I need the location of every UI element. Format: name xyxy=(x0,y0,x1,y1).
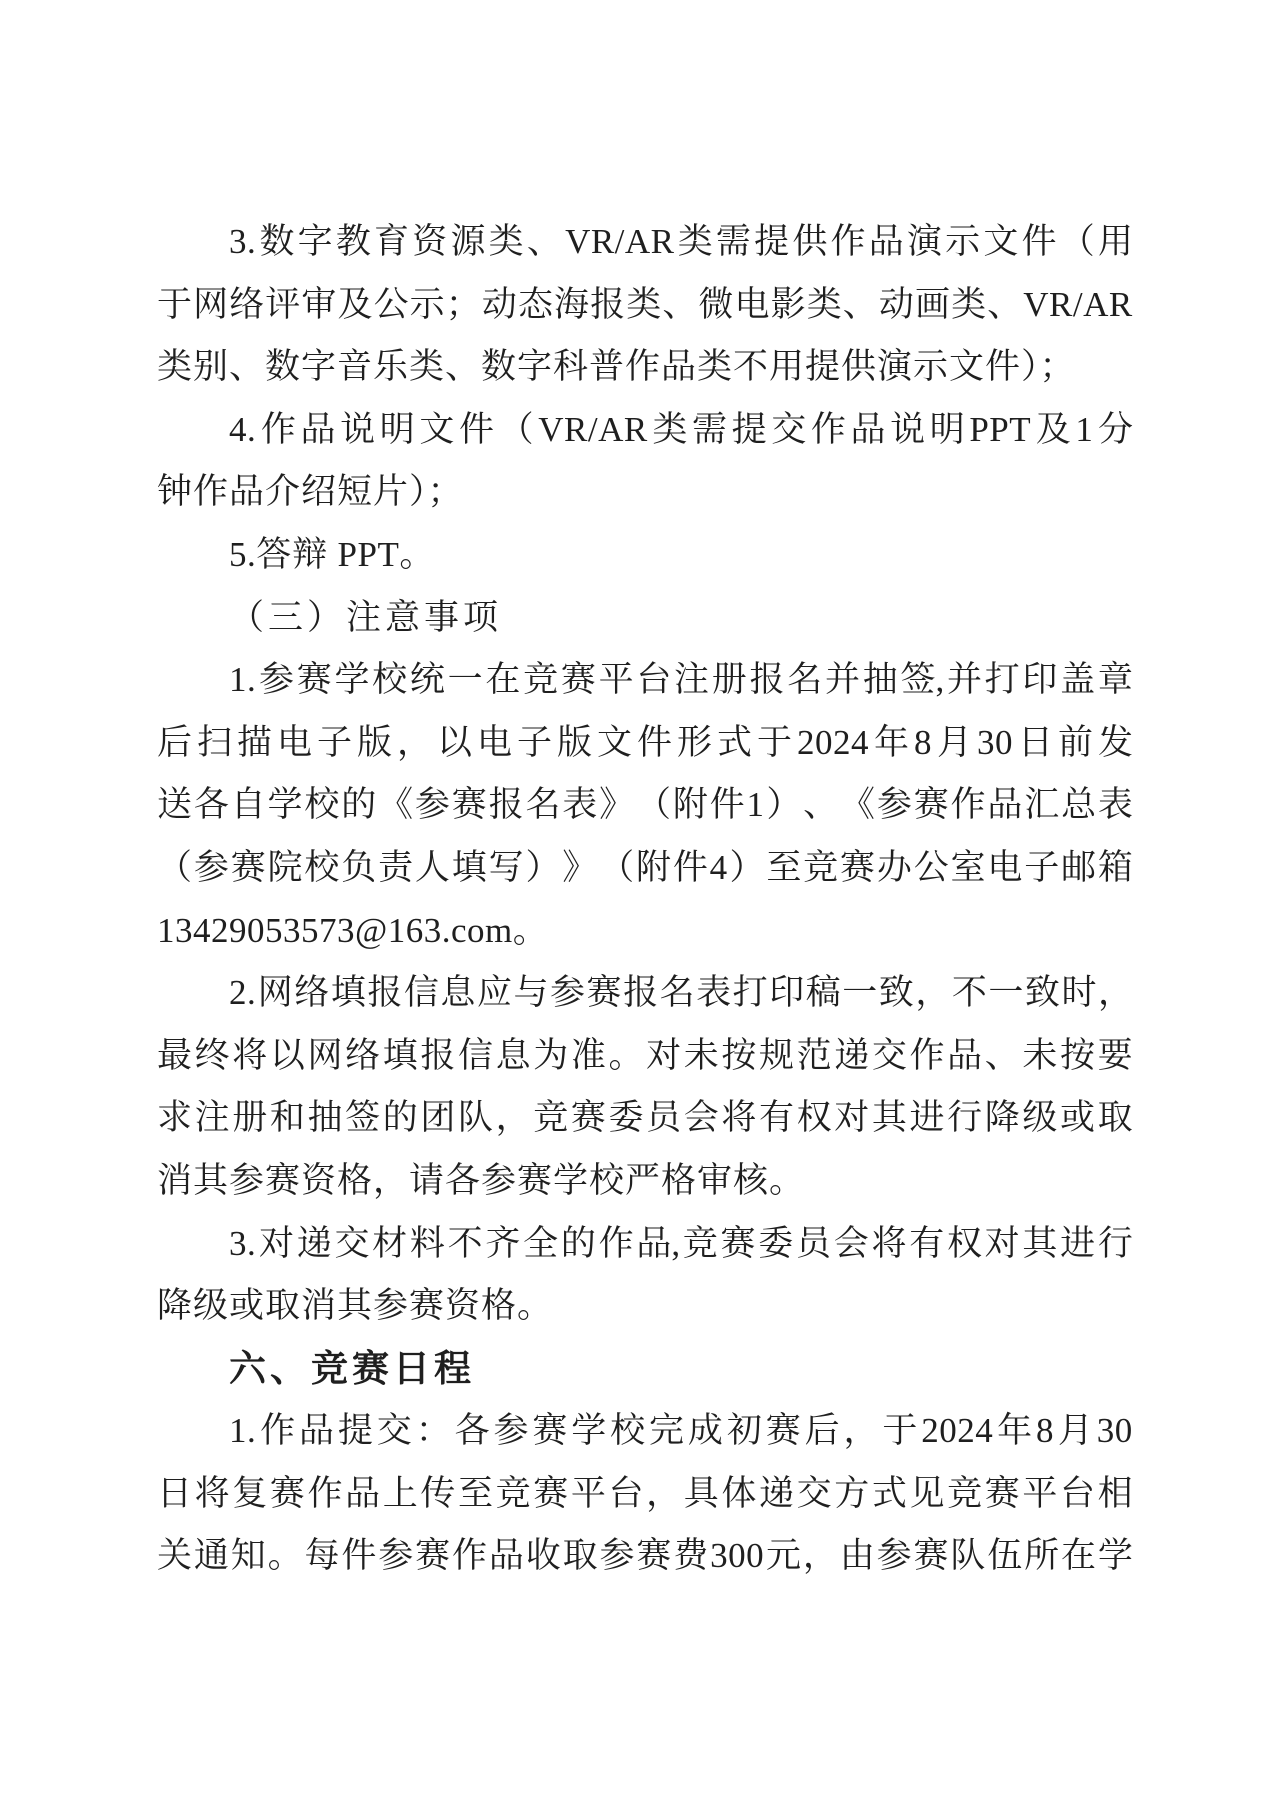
text-line: 消其参赛资格，请各参赛学校严格审核。 xyxy=(157,1150,1133,1213)
text-line: 求注册和抽签的团队，竞赛委员会将有权对其进行降级或取 xyxy=(157,1087,1133,1150)
document-page: 3.数字教育资源类、VR/AR类需提供作品演示文件（用于网络评审及公示；动态海报… xyxy=(0,0,1280,1810)
text-line: 后扫描电子版，以电子版文件形式于2024年8月30日前发 xyxy=(157,712,1133,775)
text-line: 13429053573@163.com。 xyxy=(157,900,1133,963)
text-line: 2.网络填报信息应与参赛报名表打印稿一致，不一致时， xyxy=(157,962,1133,1025)
text-line: 降级或取消其参赛资格。 xyxy=(157,1275,1133,1338)
text-line: 于网络评审及公示；动态海报类、微电影类、动画类、VR/AR xyxy=(157,274,1133,337)
text-line: 4.作品说明文件（VR/AR类需提交作品说明PPT及1分 xyxy=(157,399,1133,462)
text-line: 最终将以网络填报信息为准。对未按规范递交作品、未按要 xyxy=(157,1025,1133,1088)
text-line: 1.参赛学校统一在竞赛平台注册报名并抽签,并打印盖章 xyxy=(157,649,1133,712)
text-line: 类别、数字音乐类、数字科普作品类不用提供演示文件）； xyxy=(157,336,1133,399)
section-heading: 六、竞赛日程 xyxy=(157,1338,1133,1401)
text-line: 关通知。每件参赛作品收取参赛费300元，由参赛队伍所在学 xyxy=(157,1525,1133,1588)
text-line: 送各自学校的《参赛报名表》（附件1）、《参赛作品汇总表 xyxy=(157,774,1133,837)
subsection-heading: （三）注意事项 xyxy=(157,587,1133,650)
text-line: 1.作品提交：各参赛学校完成初赛后，于2024年8月30 xyxy=(157,1400,1133,1463)
text-line: 钟作品介绍短片）； xyxy=(157,461,1133,524)
text-line: 3.数字教育资源类、VR/AR类需提供作品演示文件（用 xyxy=(157,211,1133,274)
document-body: 3.数字教育资源类、VR/AR类需提供作品演示文件（用于网络评审及公示；动态海报… xyxy=(157,211,1133,1588)
text-line: （参赛院校负责人填写）》（附件4）至竞赛办公室电子邮箱 xyxy=(157,837,1133,900)
text-line: 日将复赛作品上传至竞赛平台，具体递交方式见竞赛平台相 xyxy=(157,1463,1133,1526)
text-line: 5.答辩 PPT。 xyxy=(157,524,1133,587)
text-line: 3.对递交材料不齐全的作品,竞赛委员会将有权对其进行 xyxy=(157,1213,1133,1276)
